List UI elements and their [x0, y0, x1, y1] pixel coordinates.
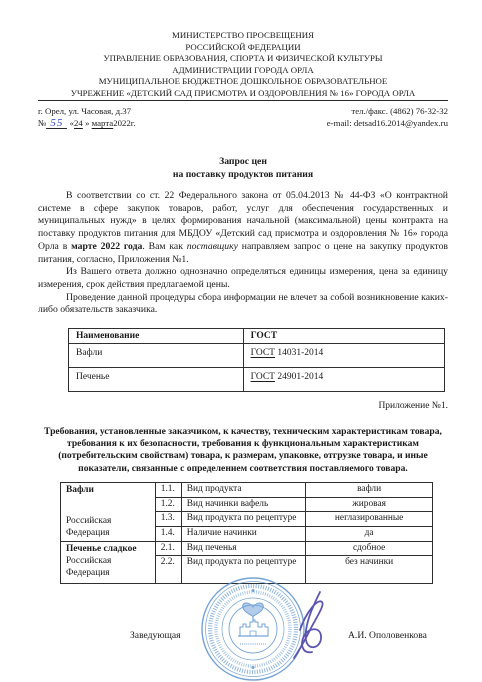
p1-italic-supplier: поставщику	[187, 241, 238, 252]
letterhead-row: г. Орел, ул. Часовая, д.37 №55 «24 » мар…	[38, 105, 448, 129]
date-month: марта	[92, 118, 114, 128]
date-quote-close: »	[85, 118, 89, 128]
title-line-2: на поставку продуктов питания	[38, 169, 448, 182]
group-product-name: Вафли	[66, 485, 150, 496]
organization-header: МИНИСТЕРСТВО ПРОСВЕЩЕНИЯ РОССИЙСКОЙ ФЕДЕ…	[38, 30, 448, 101]
gost-table-header-row: Наименование ГОСТ	[69, 329, 445, 344]
group-country: Российская Федерация	[66, 516, 150, 539]
value-cell: жировая	[306, 497, 433, 512]
date-day: 24	[74, 118, 83, 128]
letterhead-left: г. Орел, ул. Часовая, д.37 №55 «24 » мар…	[38, 105, 136, 129]
param-cell: Вид продукта по рецептуре	[181, 512, 306, 527]
row-number-cell: 1.4.	[155, 527, 181, 542]
org-header-line-6: УЧРЕЖЕНИЕ «ДЕТСКИЙ САД ПРИСМОТРА И ОЗДОР…	[38, 88, 448, 100]
row-number-cell: 1.1.	[155, 482, 181, 497]
table-row: Вафли Российская Федерация 1.1. Вид прод…	[61, 482, 433, 497]
product-name-cell: Вафли	[69, 344, 244, 368]
gost-label: ГОСТ	[251, 372, 275, 382]
document-title: Запрос цен на поставку продуктов питания	[38, 156, 448, 181]
signature-block: Заведующая А.И. Ополовенкова	[38, 584, 448, 682]
org-header-line-1: МИНИСТЕРСТВО ПРОСВЕЩЕНИЯ	[38, 30, 448, 42]
row-number-cell: 1.2.	[155, 497, 181, 512]
letterhead-email: e-mail: detsad16.2014@yandex.ru	[327, 117, 448, 129]
param-cell: Вид продукта	[181, 482, 306, 497]
row-number-cell: 2.1.	[155, 542, 181, 556]
row-number-cell: 1.3.	[155, 512, 181, 527]
number-blank: 55	[46, 118, 67, 129]
org-header-line-3: УПРАВЛЕНИЕ ОБРАЗОВАНИЯ, СПОРТА И ФИЗИЧЕС…	[38, 53, 448, 65]
value-cell: да	[306, 527, 433, 542]
gost-label: ГОСТ	[251, 348, 275, 358]
gost-table: Наименование ГОСТ Вафли ГОСТ 14031-2014 …	[68, 328, 445, 392]
org-header-line-4: АДМИНИСТРАЦИИ ГОРОДА ОРЛА	[38, 65, 448, 77]
param-cell: Наличие начинки	[181, 527, 306, 542]
gost-number: 24901-2014	[275, 372, 323, 382]
group-country: Российская Федерация	[66, 556, 150, 579]
table-row: Вафли ГОСТ 14031-2014	[69, 344, 445, 368]
paragraph-intro: В соответствии со ст. 22 Федерального за…	[38, 190, 448, 266]
p1-mid: . Вам как	[142, 241, 186, 252]
letterhead-phone: тел./факс. (4862) 76-32-32	[327, 105, 448, 117]
letterhead-number-date: №55 «24 » марта2022г.	[38, 117, 136, 129]
document-page: МИНИСТЕРСТВО ПРОСВЕЩЕНИЯ РОССИЙСКОЙ ФЕДЕ…	[0, 0, 482, 682]
org-header-line-5: МУНИЦИПАЛЬНОЕ БЮДЖЕТНОЕ ДОШКОЛЬНОЕ ОБРАЗ…	[38, 76, 448, 88]
group-product-name: Печенье сладкое	[66, 544, 150, 555]
value-cell: неглазированные	[306, 512, 433, 527]
date-year: 2022г.	[113, 118, 135, 128]
row-number-cell: 2.2.	[155, 556, 181, 583]
gost-number-cell: ГОСТ 14031-2014	[243, 344, 444, 368]
product-group-cell: Печенье сладкое Российская Федерация	[61, 542, 156, 584]
paragraph-no-obligation: Проведение данной процедуры сбора информ…	[38, 292, 448, 317]
gost-number-cell: ГОСТ 24901-2014	[243, 368, 444, 392]
value-cell: сдобное	[306, 542, 433, 556]
gost-header-name: Наименование	[69, 329, 244, 344]
letterhead-address: г. Орел, ул. Часовая, д.37	[38, 105, 136, 117]
gost-header-gost: ГОСТ	[243, 329, 444, 344]
org-header-line-2: РОССИЙСКОЙ ФЕДЕРАЦИИ	[38, 42, 448, 54]
letterhead-right: тел./факс. (4862) 76-32-32 e-mail: detsa…	[327, 105, 448, 129]
product-group-cell: Вафли Российская Федерация	[61, 482, 156, 541]
product-name-cell: Печенье	[69, 368, 244, 392]
gost-number: 14031-2014	[275, 348, 323, 358]
handwritten-signature	[264, 586, 356, 664]
table-row: Печенье сладкое Российская Федерация 2.1…	[61, 542, 433, 556]
param-cell: Вид начинки вафель	[181, 497, 306, 512]
spec-table: Вафли Российская Федерация 1.1. Вид прод…	[60, 482, 433, 584]
signature-name: А.И. Ополовенкова	[348, 630, 427, 641]
requirements-heading: Требования, установленные заказчиком, к …	[42, 426, 444, 475]
title-line-1: Запрос цен	[38, 156, 448, 169]
table-row: Печенье ГОСТ 24901-2014	[69, 368, 445, 392]
handwritten-document-number: 55	[50, 117, 63, 129]
p1-bold-date: марте 2022 года	[71, 241, 142, 252]
signature-position-label: Заведующая	[130, 630, 181, 641]
paragraph-units: Из Вашего ответа должно однозначно опред…	[38, 266, 448, 291]
value-cell: без начинки	[306, 556, 433, 583]
param-cell: Вид печенья	[181, 542, 306, 556]
annex-label: Приложение №1.	[38, 401, 448, 411]
value-cell: вафли	[306, 482, 433, 497]
